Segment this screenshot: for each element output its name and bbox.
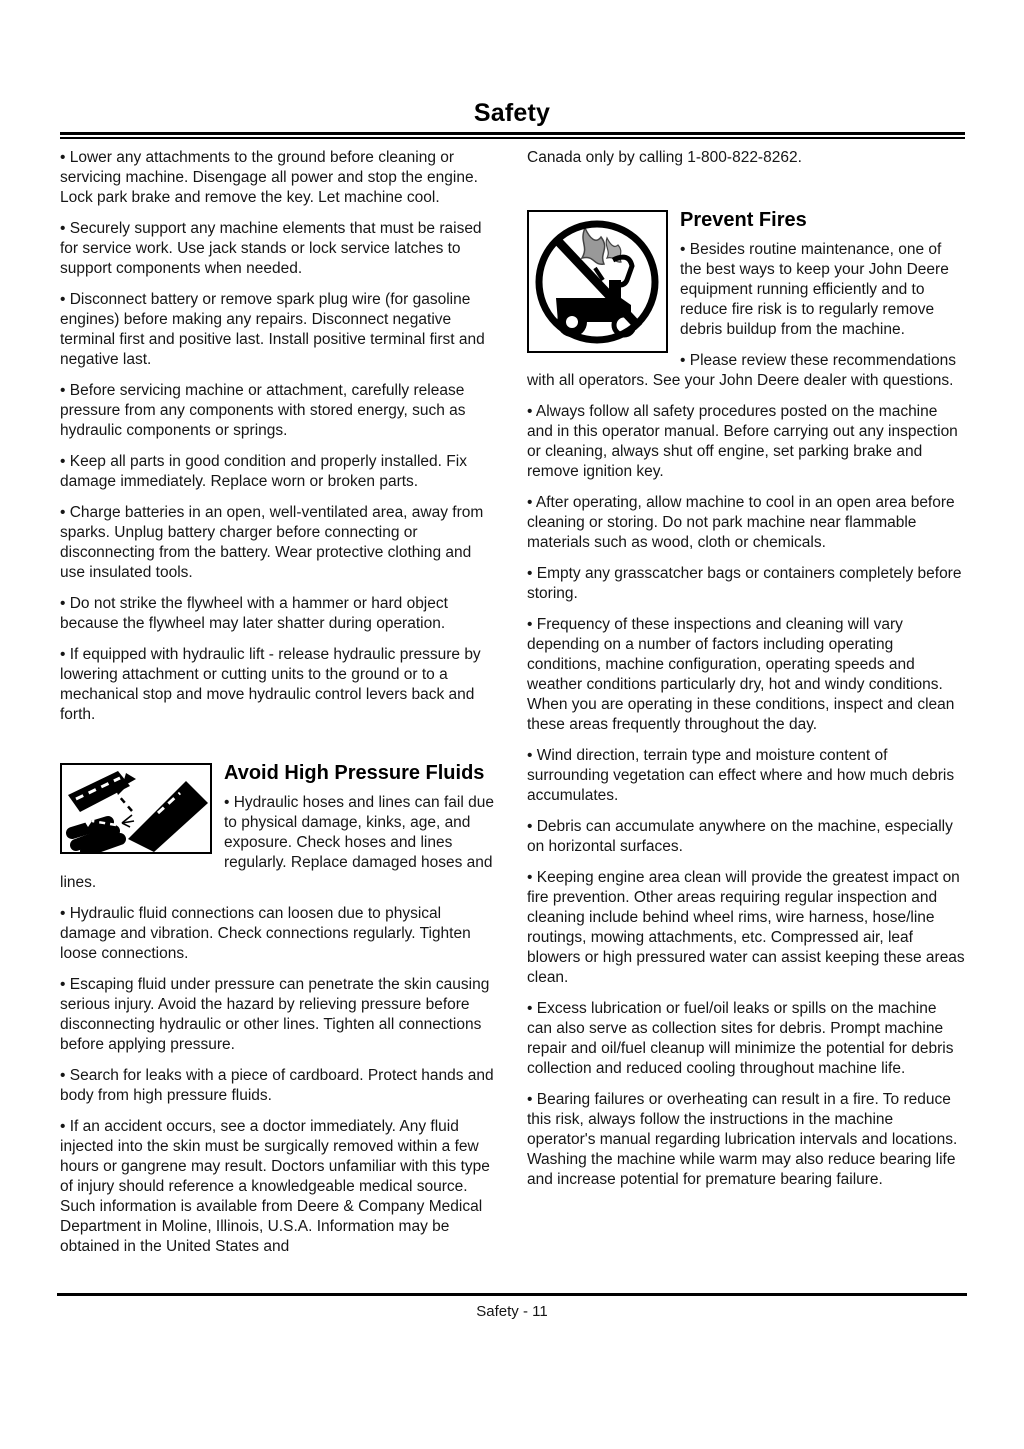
left-column: • Lower any attachments to the ground be… [60,148,494,1268]
no-fire-mower-icon [529,212,666,351]
continuation-paragraph: Canada only by calling 1-800-822-8262. [527,148,965,168]
bullet-paragraph: • Bearing failures or overheating can re… [527,1090,965,1190]
avoid-high-pressure-fluids-section: Avoid High Pressure Fluids • Hydraulic h… [60,761,494,904]
bullet-paragraph: • Please review these recommendations wi… [527,351,965,391]
bullet-paragraph: • After operating, allow machine to cool… [527,493,965,553]
prevent-fires-section: Prevent Fires • Besides routine maintena… [527,208,965,402]
bullet-paragraph: • Lower any attachments to the ground be… [60,148,494,208]
bullet-paragraph: • Charge batteries in an open, well-vent… [60,503,494,583]
pressure-injection-hazard-icon [62,765,210,852]
left-top-bullets: • Lower any attachments to the ground be… [60,148,494,725]
bullet-paragraph: • Escaping fluid under pressure can pene… [60,975,494,1055]
bullet-paragraph: • If equipped with hydraulic lift - rele… [60,645,494,725]
high-pressure-fluids-illustration [60,763,212,854]
bullet-paragraph: • Before servicing machine or attachment… [60,381,494,441]
two-column-body: • Lower any attachments to the ground be… [60,148,965,1268]
bullet-paragraph: • Frequency of these inspections and cle… [527,615,965,735]
page-number: Safety - 11 [57,1303,967,1320]
manual-page: Safety • Lower any attachments to the gr… [0,0,1024,1449]
bullet-paragraph: • Empty any grasscatcher bags or contain… [527,564,965,604]
bullet-paragraph: • Always follow all safety procedures po… [527,402,965,482]
bullet-paragraph: • Hydraulic fluid connections can loosen… [60,904,494,964]
footer-rule [57,1293,967,1296]
fires-after-bullets: • Always follow all safety procedures po… [527,402,965,1190]
right-column: Canada only by calling 1-800-822-8262. [527,148,965,1201]
bullet-paragraph: • Wind direction, terrain type and moist… [527,746,965,806]
bullet-paragraph: • Search for leaks with a piece of cardb… [60,1066,494,1106]
bullet-paragraph: • Disconnect battery or remove spark plu… [60,290,494,370]
bullet-paragraph: • Securely support any machine elements … [60,219,494,279]
bullet-paragraph: • If an accident occurs, see a doctor im… [60,1117,494,1257]
bullet-paragraph: • Excess lubrication or fuel/oil leaks o… [527,999,965,1079]
prevent-fires-illustration [527,210,668,353]
bullet-paragraph: • Do not strike the flywheel with a hamm… [60,594,494,634]
bullet-paragraph: • Keep all parts in good condition and p… [60,452,494,492]
page-footer: Safety - 11 [57,1293,967,1320]
pressure-after-bullets: • Hydraulic fluid connections can loosen… [60,904,494,1257]
page-title: Safety [0,99,1024,128]
title-double-rule [60,132,965,139]
bullet-paragraph: • Keeping engine area clean will provide… [527,868,965,988]
bullet-paragraph: • Debris can accumulate anywhere on the … [527,817,965,857]
